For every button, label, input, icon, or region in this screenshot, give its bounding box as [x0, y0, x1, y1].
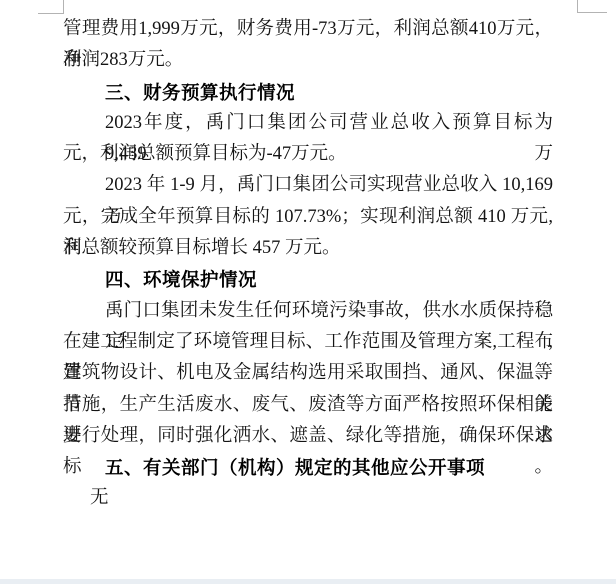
paragraph-line: 2023 年 1-9 月，禹门口集团公司实现营业总收入 10,169 万: [63, 170, 553, 201]
paragraph-line: 2023年度，禹门口集团公司营业总收入预算目标为9,439万: [63, 108, 553, 139]
paragraph-line: 润总额较预算目标增长 457 万元。: [63, 233, 553, 264]
section-heading-4: 四、环境保护情况: [63, 264, 553, 295]
text-boundary-corner-mark-right: [577, 0, 607, 13]
paragraph-line: 无: [63, 483, 553, 514]
section-heading-3: 三、财务预算执行情况: [63, 77, 553, 108]
document-text-block: 管理费用1,999万元，财务费用-73万元，利润总额410万元，净 利润283万…: [63, 14, 553, 515]
paragraph-line: 在建工程制定了环境管理目标、工作范围及管理方案,工程布置、: [63, 327, 553, 358]
paragraph-line: 措施，生产生活废水、废气、废渣等方面严格按照环保相关要求: [63, 390, 553, 421]
page-bottom-edge: [0, 579, 616, 584]
paragraph-line: 利润283万元。: [63, 45, 553, 76]
text-boundary-corner-mark-left: [38, 0, 64, 14]
paragraph-line: 禹门口集团未发生任何环境污染事故，供水水质保持稳定,: [63, 296, 553, 327]
paragraph-line: 元，完成全年预算目标的 107.73%；实现利润总额 410 万元,利: [63, 202, 553, 233]
paragraph-line: 进行处理，同时强化洒水、遮盖、绿化等措施，确保环保达标。: [63, 421, 553, 452]
section-heading-5: 五、有关部门（机构）规定的其他应公开事项: [63, 452, 553, 483]
paragraph-line: 管理费用1,999万元，财务费用-73万元，利润总额410万元，净: [63, 14, 553, 45]
document-page: 管理费用1,999万元，财务费用-73万元，利润总额410万元，净 利润283万…: [0, 0, 616, 584]
paragraph-line: 建筑物设计、机电及金属结构选用采取围挡、通风、保温等节能: [63, 358, 553, 389]
